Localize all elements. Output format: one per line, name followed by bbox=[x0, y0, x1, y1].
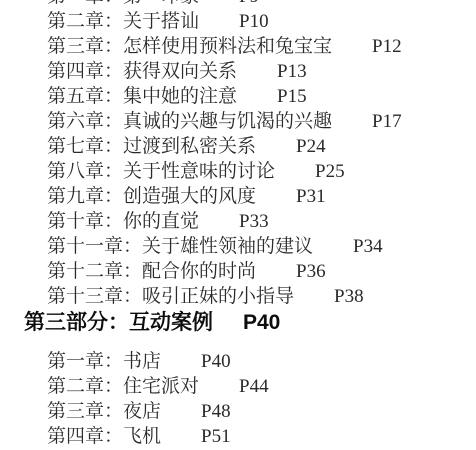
page-number: P36 bbox=[296, 261, 326, 282]
chapter-title: 第八章：关于性意味的讨论 bbox=[47, 161, 275, 182]
toc-entry: 第七章：过渡到私密关系P24 bbox=[0, 134, 476, 159]
page-number: P24 bbox=[296, 136, 326, 157]
toc-entry: 第十一章：关于雄性领袖的建议P34 bbox=[0, 234, 476, 259]
toc-entry: 第二章：住宅派对P44 bbox=[0, 374, 476, 399]
page-number: P17 bbox=[372, 111, 402, 132]
chapter-title: 第二章：关于搭讪 bbox=[47, 11, 199, 32]
toc-entry: 第十二章：配合你的时尚P36 bbox=[0, 259, 476, 284]
page-number: P44 bbox=[239, 376, 269, 397]
toc-entry: 第三章：怎样使用预料法和兔宝宝P12 bbox=[0, 34, 476, 59]
chapter-title: 第一章：第一印象 bbox=[47, 0, 199, 7]
page-number: P25 bbox=[315, 161, 345, 182]
chapter-title: 第十章：你的直觉 bbox=[47, 211, 199, 232]
chapter-title: 第三章：怎样使用预料法和兔宝宝 bbox=[47, 36, 332, 57]
page-number: P48 bbox=[201, 401, 231, 422]
page-number: P40 bbox=[201, 351, 231, 372]
toc-entry: 第一章：书店P40 bbox=[0, 349, 476, 374]
page-number: P12 bbox=[372, 36, 402, 57]
toc-entry: 第四章：飞机P51 bbox=[0, 424, 476, 449]
chapter-title: 第三章：夜店 bbox=[47, 401, 161, 422]
chapter-title: 第一章：书店 bbox=[47, 351, 161, 372]
toc-entry: 第八章：关于性意味的讨论P25 bbox=[0, 159, 476, 184]
page-number: P10 bbox=[239, 11, 269, 32]
chapter-title: 第十二章：配合你的时尚 bbox=[47, 261, 256, 282]
page-number: P33 bbox=[239, 211, 269, 232]
chapter-title: 第十三章：吸引正妹的小指导 bbox=[47, 286, 294, 307]
toc-entry: 第二章：关于搭讪P10 bbox=[0, 9, 476, 34]
toc-entry: 第三章：夜店P48 bbox=[0, 399, 476, 424]
table-of-contents-page: 第一章：第一印象P9 第二章：关于搭讪P10 第三章：怎样使用预料法和兔宝宝P1… bbox=[0, 0, 476, 450]
part3-chapter-list: 第一章：书店P40 第二章：住宅派对P44 第三章：夜店P48 第四章：飞机P5… bbox=[0, 349, 476, 449]
chapter-title: 第二章：住宅派对 bbox=[47, 376, 199, 397]
toc-entry: 第九章：创造强大的风度P31 bbox=[0, 184, 476, 209]
page-number: P38 bbox=[334, 286, 364, 307]
part3-section-header: 第三部分：互动案例P40 bbox=[24, 309, 280, 337]
toc-entry: 第五章：集中她的注意P15 bbox=[0, 84, 476, 109]
chapter-title: 第九章：创造强大的风度 bbox=[47, 186, 256, 207]
chapter-title: 第十一章：关于雄性领袖的建议 bbox=[47, 236, 313, 257]
toc-entry: 第六章：真诚的兴趣与饥渴的兴趣P17 bbox=[0, 109, 476, 134]
page-number: P15 bbox=[277, 86, 307, 107]
page-number: P34 bbox=[353, 236, 383, 257]
toc-entry: 第四章：获得双向关系P13 bbox=[0, 59, 476, 84]
section-title: 第三部分：互动案例 bbox=[24, 311, 213, 334]
toc-entry: 第十三章：吸引正妹的小指导P38 bbox=[0, 284, 476, 309]
toc-entry: 第十章：你的直觉P33 bbox=[0, 209, 476, 234]
chapter-title: 第六章：真诚的兴趣与饥渴的兴趣 bbox=[47, 111, 332, 132]
chapter-title: 第四章：获得双向关系 bbox=[47, 61, 237, 82]
page-number: P13 bbox=[277, 61, 307, 82]
toc-entry: 第一章：第一印象P9 bbox=[0, 0, 476, 9]
page-number: P51 bbox=[201, 426, 231, 447]
page-number: P31 bbox=[296, 186, 326, 207]
chapter-title: 第五章：集中她的注意 bbox=[47, 86, 237, 107]
part2-chapter-list: 第一章：第一印象P9 第二章：关于搭讪P10 第三章：怎样使用预料法和兔宝宝P1… bbox=[0, 0, 476, 309]
page-number: P40 bbox=[243, 311, 280, 334]
page-number: P9 bbox=[239, 0, 259, 7]
chapter-title: 第七章：过渡到私密关系 bbox=[47, 136, 256, 157]
chapter-title: 第四章：飞机 bbox=[47, 426, 161, 447]
